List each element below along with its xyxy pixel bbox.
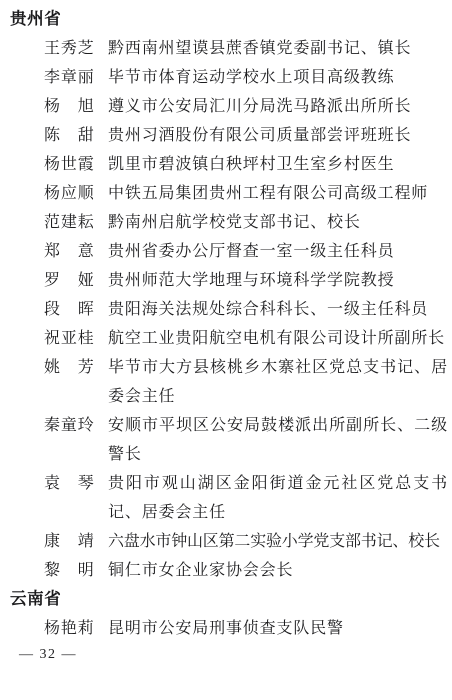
honoree-name: 康 靖 — [44, 527, 95, 556]
honoree-row: 康 靖 六盘水市钟山区第二实验小学党支部书记、校长 — [0, 527, 452, 556]
honoree-row: 郑 意 贵州省委办公厅督查一室一级主任科员 — [0, 237, 452, 266]
page-number: — 32 — — [19, 647, 452, 663]
honoree-title: 贵州省委办公厅督查一室一级主任科员 — [108, 237, 448, 266]
honoree-title: 毕节市体育运动学校水上项目高级教练 — [108, 63, 448, 92]
honoree-row: 袁 琴 贵阳市观山湖区金阳街道金元社区党总支书记、居委会主任 — [0, 469, 452, 527]
honoree-title: 航空工业贵阳航空电机有限公司设计所副所长 — [108, 324, 448, 353]
honoree-title: 六盘水市钟山区第二实验小学党支部书记、校长 — [108, 527, 448, 556]
honoree-row: 秦童玲 安顺市平坝区公安局鼓楼派出所副所长、二级警长 — [0, 411, 452, 469]
honoree-name: 陈 甜 — [44, 121, 95, 150]
honoree-title: 毕节市大方县核桃乡木寨社区党总支书记、居委会主任 — [108, 353, 448, 411]
honoree-row: 段 晖 贵阳海关法规处综合科科长、一级主任科员 — [0, 295, 452, 324]
honoree-title: 遵义市公安局汇川分局洗马路派出所所长 — [108, 92, 448, 121]
honoree-title: 黔西南州望谟县蔗香镇党委副书记、镇长 — [108, 34, 448, 63]
honoree-name: 范建耘 — [44, 208, 95, 237]
honoree-title: 昆明市公安局刑事侦查支队民警 — [108, 614, 448, 643]
province-heading-yunnan: 云南省 — [10, 585, 452, 614]
honoree-title: 贵阳市观山湖区金阳街道金元社区党总支书记、居委会主任 — [108, 469, 448, 527]
honoree-title: 贵州师范大学地理与环境科学学院教授 — [108, 266, 448, 295]
honoree-row: 姚 芳 毕节市大方县核桃乡木寨社区党总支书记、居委会主任 — [0, 353, 452, 411]
honoree-name: 黎 明 — [44, 556, 95, 585]
honoree-row: 陈 甜 贵州习酒股份有限公司质量部尝评班班长 — [0, 121, 452, 150]
honoree-name: 罗 娅 — [44, 266, 95, 295]
honoree-row: 李章丽 毕节市体育运动学校水上项目高级教练 — [0, 63, 452, 92]
honoree-row: 黎 明 铜仁市女企业家协会会长 — [0, 556, 452, 585]
honoree-name: 杨 旭 — [44, 92, 95, 121]
honoree-title: 贵州习酒股份有限公司质量部尝评班班长 — [108, 121, 448, 150]
honoree-name: 祝亚桂 — [44, 324, 95, 353]
honoree-name: 李章丽 — [44, 63, 95, 92]
honoree-title: 黔南州启航学校党支部书记、校长 — [108, 208, 448, 237]
honoree-name: 姚 芳 — [44, 353, 95, 382]
honoree-name: 段 晖 — [44, 295, 95, 324]
honoree-title: 铜仁市女企业家协会会长 — [108, 556, 448, 585]
honoree-name: 杨艳莉 — [44, 614, 95, 643]
honoree-title: 中铁五局集团贵州工程有限公司高级工程师 — [108, 179, 448, 208]
honoree-title: 凯里市碧波镇白秧坪村卫生室乡村医生 — [108, 150, 448, 179]
honoree-title: 贵阳海关法规处综合科科长、一级主任科员 — [108, 295, 448, 324]
honoree-row: 罗 娅 贵州师范大学地理与环境科学学院教授 — [0, 266, 452, 295]
province-heading-guizhou: 贵州省 — [10, 5, 452, 34]
honoree-name: 王秀芝 — [44, 34, 95, 63]
honoree-title: 安顺市平坝区公安局鼓楼派出所副所长、二级警长 — [108, 411, 448, 469]
honoree-row: 杨世霞 凯里市碧波镇白秧坪村卫生室乡村医生 — [0, 150, 452, 179]
honoree-name: 郑 意 — [44, 237, 95, 266]
honoree-row: 王秀芝 黔西南州望谟县蔗香镇党委副书记、镇长 — [0, 34, 452, 63]
honoree-row: 杨艳莉 昆明市公安局刑事侦查支队民警 — [0, 614, 452, 643]
honoree-row: 杨 旭 遵义市公安局汇川分局洗马路派出所所长 — [0, 92, 452, 121]
honoree-name: 秦童玲 — [44, 411, 95, 440]
honoree-name: 杨应顺 — [44, 179, 95, 208]
honoree-row: 杨应顺 中铁五局集团贵州工程有限公司高级工程师 — [0, 179, 452, 208]
honoree-row: 范建耘 黔南州启航学校党支部书记、校长 — [0, 208, 452, 237]
honoree-row: 祝亚桂 航空工业贵阳航空电机有限公司设计所副所长 — [0, 324, 452, 353]
honoree-name: 袁 琴 — [44, 469, 95, 498]
document-page: 贵州省 王秀芝 黔西南州望谟县蔗香镇党委副书记、镇长 李章丽 毕节市体育运动学校… — [0, 0, 452, 700]
honoree-name: 杨世霞 — [44, 150, 95, 179]
